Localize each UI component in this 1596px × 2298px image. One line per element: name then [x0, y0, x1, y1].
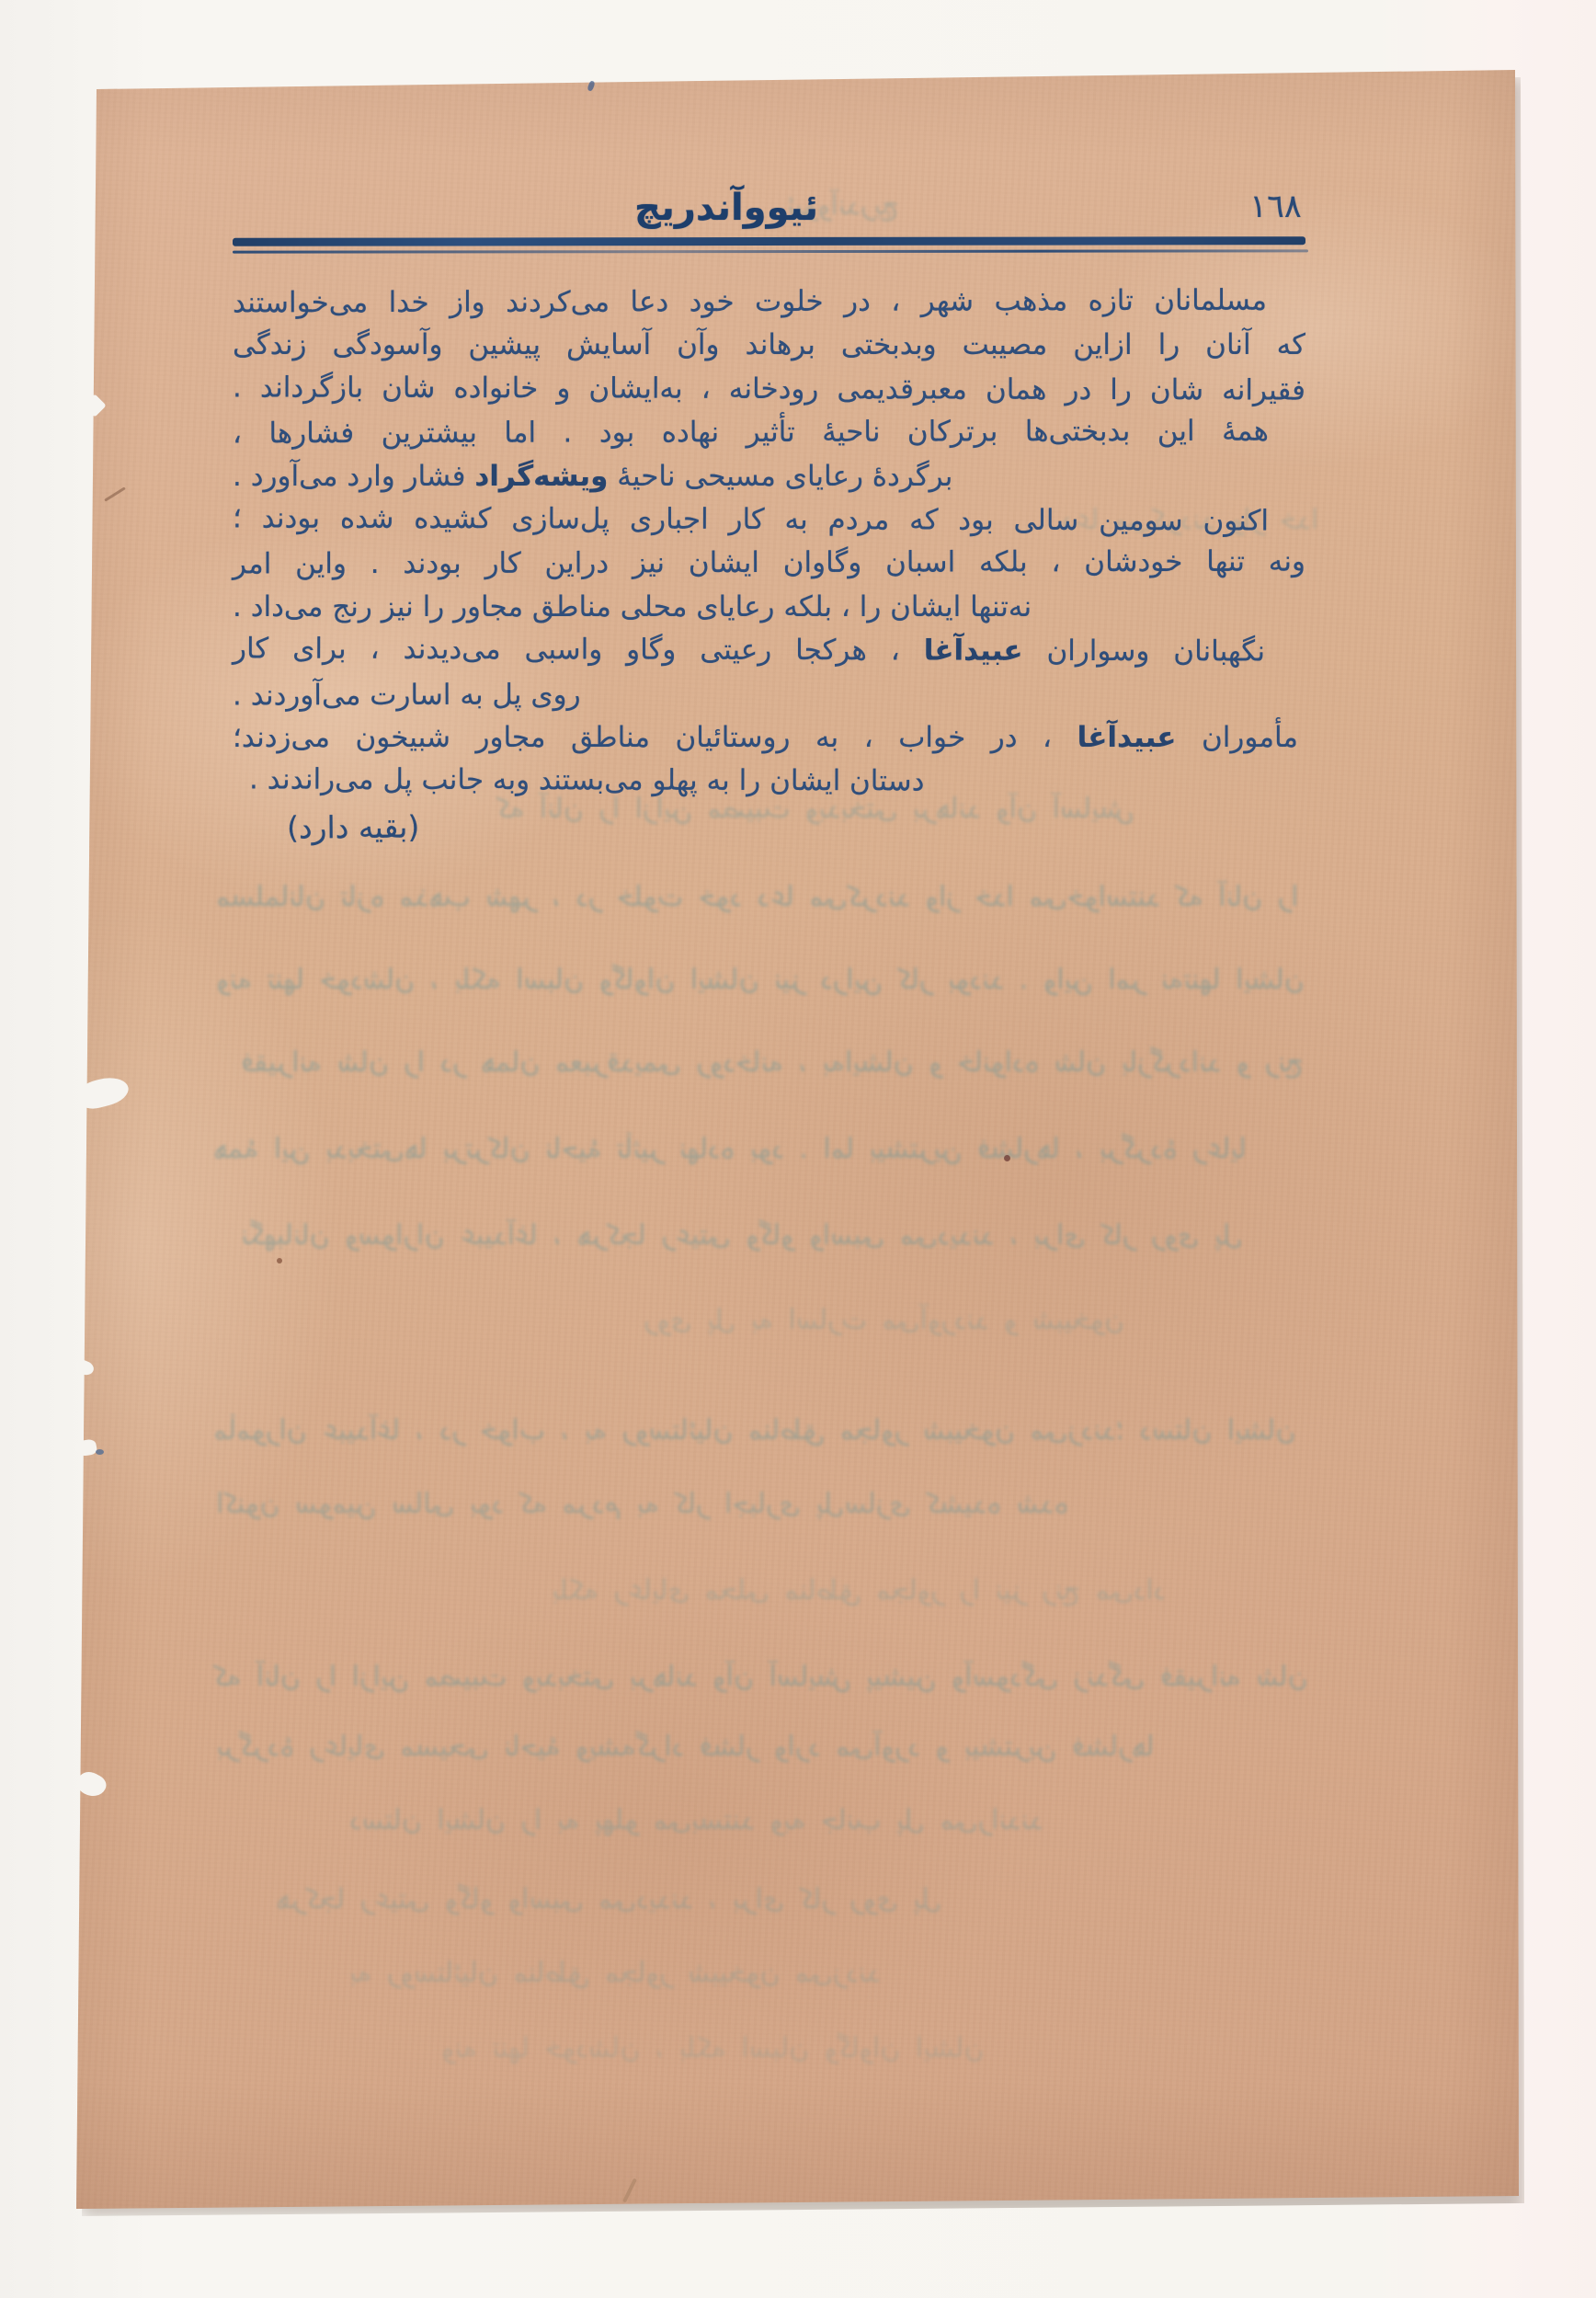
ghost-show-through-line: روی پل به اسارت می‌آوردند و شبیخون: [644, 1304, 1195, 1339]
ghost-show-through-line: بلکه رعایای محلی مناطق مجاور را نیز رنج …: [552, 1574, 1195, 1609]
scanned-page-screenshot: ئیووآندریچدعا می‌کردند واز خداکه آنان را…: [0, 0, 1596, 2298]
ghost-show-through-line: همهٔ این بدبختی‌ها برترکان ناحیهٔ تأثیر …: [213, 1133, 1326, 1168]
ghost-show-through-line: نگهبانان وسواران عبیدآغا ، هرکجا رعیتی و…: [241, 1219, 1307, 1254]
ghost-show-through-line: اکنون سومین سالی بود که مردم به کار اجبا…: [216, 1488, 1071, 1523]
body-text-line: همهٔ این بدبختی‌ها برترکان ناحیهٔ تأثیر …: [233, 410, 1305, 456]
body-text-line: دستان ایشان را به پهلو می‌بستند وبه جانب…: [249, 759, 1305, 806]
ghost-show-through-line: مسلمانان تازه مذهب شهر ، در خلوت خود دعا…: [216, 881, 1324, 916]
ghost-show-through-line: ونه تنها خودشان ، بلکه اسبان وگاوان ایشا…: [216, 964, 1324, 999]
body-text-line: نه‌تنها ایشان را ، بلکه رعایای محلی مناط…: [233, 586, 1305, 629]
body-text-line: روی پل به اسارت می‌آوردند .: [233, 671, 1305, 717]
ghost-show-through-line: هرکجا رعیتی وگاو واسبی می‌دیدند ، برای ک…: [276, 1883, 1011, 1918]
body-text-line: برگردهٔ رعایای مسیحی ناحیهٔ ویشه‌گراد فش…: [233, 455, 1305, 498]
header-rule-thick: [233, 236, 1305, 246]
ghost-show-through-line: دستان ایشان را به پهلو می‌بستند وبه جانب…: [349, 1804, 1103, 1839]
body-text-block: مسلمانان تازه مذهب شهر ، در خلوت خود دعا…: [233, 280, 1305, 804]
ghost-show-through-line: فقیرانه شان را در همان معبرقدیمی رودخانه…: [241, 1046, 1326, 1081]
page-number: ١٦٨: [1237, 186, 1315, 232]
ghost-show-through-line: که آنان را ازاین مصیبت وبدبختی برهاند وآ…: [213, 1661, 1328, 1696]
body-text-line: مسلمانان تازه مذهب شهر ، در خلوت خود دعا…: [233, 280, 1305, 326]
ghost-show-through-line: برگردهٔ رعایای مسیحی ناحیهٔ ویشه‌گراد فش…: [216, 1731, 1195, 1766]
body-text-line: که آنان را ازاین مصیبت وبدبختی برهاند وآ…: [233, 324, 1305, 367]
body-text-line: فقیرانه شان را در همان معبرقدیمی رودخانه…: [233, 366, 1305, 413]
continuation-note: (بقیه دارد): [287, 808, 420, 845]
running-head-title: ئیووآندریچ: [588, 182, 864, 237]
body-text-line: نگهبانان وسواران عبیدآغا ، هرکجا رعیتی و…: [233, 627, 1305, 674]
ghost-show-through-line: ونه تنها خودشان ، بلکه اسبان وگاوان ایشا…: [441, 2032, 1085, 2067]
body-text-line: مأموران عبیدآغا ، در خواب ، به روستائیان…: [233, 716, 1305, 760]
body-text-line: ونه تنها خودشان ، بلکه اسبان وگاوان ایشا…: [233, 541, 1305, 587]
body-text-line: اکنون سومین سالی بود که مردم به کار اجبا…: [233, 497, 1305, 543]
ghost-show-through-line: به روستائیان مناطق مجاور شبیخون می‌زدند: [349, 1957, 965, 1992]
ghost-show-through-line: مأموران عبیدآغا ، در خواب ، به روستائیان…: [213, 1414, 1328, 1449]
